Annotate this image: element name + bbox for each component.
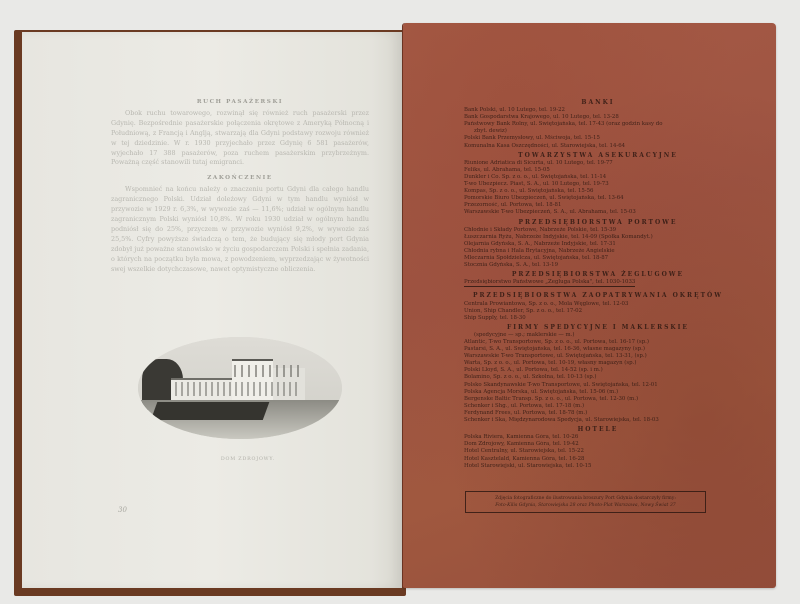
- directory-entry: Warszawskie T-wo Ubezpieczeń, S. A., ul.…: [464, 209, 732, 216]
- directory-entry: Kompas, Sp. z o. o., ul. Świętojańska, t…: [464, 188, 732, 195]
- directory-entry: Bank Polski, ul. 10 Lutego, tel. 19-22: [464, 107, 732, 114]
- directory-entry: Chłodnia rybna i Hala Brytacyjna, Nabrze…: [464, 248, 732, 255]
- building-photo: [138, 337, 342, 439]
- directory-entry: Hotel Kasztelald, Kamienna Góra, tel. 16…: [464, 456, 732, 463]
- directory-entry: Polsko Skandynawskie T-wo Transportowe, …: [464, 382, 732, 389]
- directory-entry: Riunione Adriatica di Sicurta, ul. 10 Lu…: [464, 160, 732, 167]
- directory-entry: Polska Riviera, Kamienna Góra, tel. 10-2…: [464, 434, 732, 441]
- section-title-conclusion: ZAKOŃCZENIE: [111, 174, 369, 184]
- directory-entry: Dom Zdrojowy, Kamienna Góra, tel. 19-42: [464, 441, 732, 448]
- directory-entry: Warszawskie T-wo Transportowe, ul. Święt…: [464, 353, 732, 360]
- directory-section-title: PRZEDSIĘBIORSTWA ZAOPATRYWANIA OKRĘTÓW: [464, 292, 732, 299]
- paragraph-conclusion: Wspomnieć na końcu należy o znaczeniu po…: [111, 185, 369, 274]
- directory-entry: Polska Agencja Morska, ul. Świętojańska,…: [464, 389, 732, 396]
- directory-entry: Ship Supply, tel. 18-30: [464, 315, 732, 322]
- directory-entry: Polski Bank Przemysłowy, ul. Mściwoja, t…: [464, 135, 732, 142]
- section-title-passenger: RUCH PASAŻERSKI: [111, 98, 369, 108]
- directory-entry: Feliks, ul. Abrahama, tel. 15-05: [464, 167, 732, 174]
- photo-credit-box: Zdjęcia fotograficzne do ilustrowania br…: [465, 491, 706, 513]
- directory-entry: Bank Gospodarstwa Krajowego, ul. 10 Lute…: [464, 114, 732, 121]
- directory-entry: Hotel Centralny, ul. Starowiejska, tel. …: [464, 448, 732, 455]
- directory-entry: Hotel Starowiejski, ul. Starowiejska, te…: [464, 463, 732, 470]
- directory-entry: Przezorność, ul. Portowa, tel. 18-81: [464, 202, 732, 209]
- directory-entry: Dunkler i Co. Sp. z o. o., ul. Świętojań…: [464, 174, 732, 181]
- photo-caption: DOM ZDROJOWY.: [208, 457, 288, 462]
- directory-section-note: (spedycyjne — sp.; maklerskie — m.): [464, 332, 732, 339]
- directory-entry: T-wo Ubezpiecz. Piast, S. A., ul. 10 Lut…: [464, 181, 732, 188]
- directory-entry: Bergenske Baltic Transp. Sp. z o. o., ul…: [464, 396, 732, 403]
- paragraph-passenger: Obok ruchu towarowego, rozwinął się równ…: [111, 109, 369, 168]
- directory-section-title: HOTELE: [464, 426, 732, 433]
- credit-line-1: Zdjęcia fotograficzne do ilustrowania br…: [466, 495, 705, 502]
- directory-entry: Warta, Sp. z o. o., ul. Portowa, tel. 10…: [464, 360, 732, 367]
- directory-entry: Atlantic, T-wo Transportowe, Sp. z o. o.…: [464, 339, 732, 346]
- directory-entry: Union, Ship Chandler, Sp. z o. o., tel. …: [464, 308, 732, 315]
- directory-section-title: TOWARZYSTWA ASEKURACYJNE: [464, 152, 732, 159]
- directory-entry: Schenker i Ska, Międzynarodowa Spedycja,…: [464, 417, 732, 424]
- credit-line-2: Foto-Kilis Gdynia, Starowiejska 28 oraz …: [466, 502, 705, 509]
- page-number: 30: [118, 506, 127, 514]
- directory-entry: Pomorskie Biuro Ubezpieczeń, ul. Świętoj…: [464, 195, 732, 202]
- directory-entry: Pastarsi, S. A., ul. Świętojańska, tel. …: [464, 346, 732, 353]
- directory-entry: Olejarnia Gdyńska, S. A., Nabrzeże Indyj…: [464, 241, 732, 248]
- directory-entry: Stocznia Gdyńska, S. A., tel. 13-19: [464, 262, 732, 269]
- directory-section-title: PRZEDSIĘBIORSTWA PORTOWE: [464, 219, 732, 226]
- directory-listing: BANKIBank Polski, ul. 10 Lutego, tel. 19…: [464, 97, 732, 470]
- left-page-text: RUCH PASAŻERSKI Obok ruchu towarowego, r…: [111, 98, 369, 280]
- directory-entry: Schenker i Shg., ul. Portowa, tel. 17-18…: [464, 403, 732, 410]
- directory-entry: zbyt. dewiz): [464, 128, 732, 135]
- directory-entry: Bolamino, Sp. z o. o., ul. Szkolna, tel.…: [464, 374, 732, 381]
- directory-entry: Przedsiębiorstwo Państwowe „Żegluga Pols…: [464, 279, 732, 290]
- directory-entry: Łuszczarnia Ryżu, Nabrzeże Indyjskie, te…: [464, 234, 732, 241]
- directory-entry: Państwowy Bank Rolny, ul. Świętojańska, …: [464, 121, 732, 128]
- directory-entry: Komunalna Kasa Oszczędności, ul. Starowi…: [464, 143, 732, 150]
- directory-section-title: PRZEDSIĘBIORSTWA ŻEGLUGOWE: [464, 271, 732, 278]
- directory-entry: Chłodnie i Składy Portowe, Nabrzeże Pols…: [464, 227, 732, 234]
- directory-entry: Ferdynand Frees, ul. Portowa, tel. 18-78…: [464, 410, 732, 417]
- directory-entry: Polski Lloyd, S. A., ul. Portowa, tel. 1…: [464, 367, 732, 374]
- directory-entry: Centrala Prowiantowa, Sp. z o. o., Mola …: [464, 301, 732, 308]
- directory-section-title: FIRMY SPEDYCYJNE I MAKLERSKIE: [464, 324, 732, 331]
- directory-section-title: BANKI: [464, 99, 732, 106]
- directory-entry: Mleczarnia Spółdzielcza, ul. Świętojańsk…: [464, 255, 732, 262]
